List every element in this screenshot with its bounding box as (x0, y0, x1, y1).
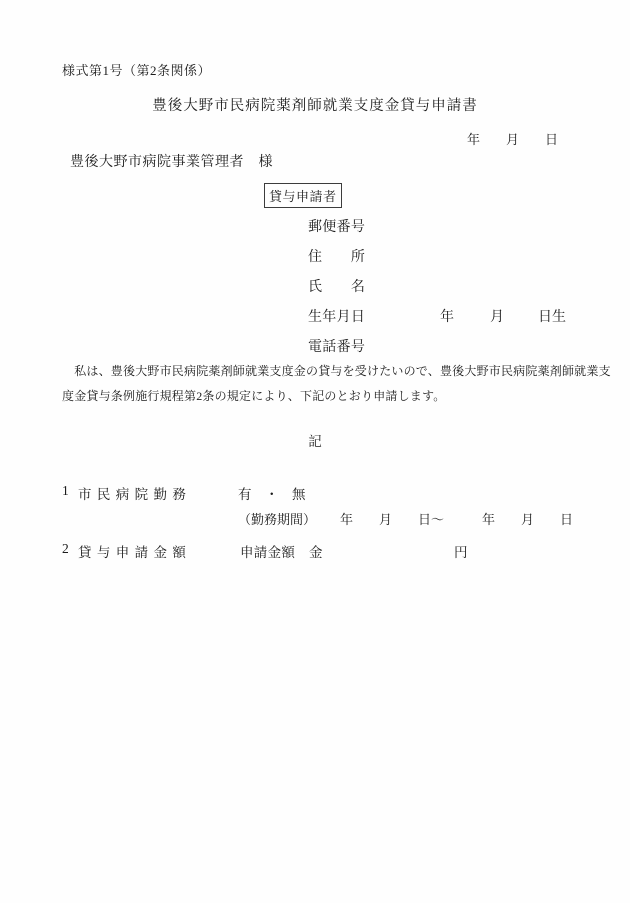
item2-label-loan-amount: 貸 与 申 請 金 額 (78, 541, 187, 561)
address-label: 住 所 (308, 246, 365, 266)
item1-label-hospital-service: 市 民 病 院 勤 務 (78, 483, 187, 503)
item2-amount-label: 申請金額 金 (240, 541, 323, 561)
submission-date-line: 年 月 日 (467, 129, 558, 148)
item1-number: 1 (62, 483, 69, 499)
birthdate-month-unit: 月 (490, 306, 504, 326)
addressee-line: 豊後大野市病院事業管理者 様 (70, 151, 273, 171)
item1-work-period-label: （勤務期間） (238, 509, 316, 528)
page-title: 豊後大野市民病院薬剤師就業支度金貸与申請書 (0, 94, 630, 115)
form-number: 様式第1号（第2条関係） (62, 60, 211, 79)
item2-yen-unit: 円 (454, 541, 468, 561)
item1-period-from-date-units: 年 月 日～ (340, 509, 444, 528)
item1-period-to-date-units: 年 月 日 (482, 509, 573, 528)
applicant-label-box: 貸与申請者 (264, 183, 342, 208)
list-marker-ki: 記 (0, 430, 630, 450)
item2-number: 2 (62, 541, 69, 557)
birthdate-label: 生年月日 (308, 306, 365, 326)
application-form-page: 様式第1号（第2条関係） 豊後大野市民病院薬剤師就業支度金貸与申請書 年 月 日… (0, 0, 630, 903)
item1-yes-no-options: 有 ・ 無 (238, 483, 306, 503)
phone-number-label: 電話番号 (308, 336, 365, 356)
body-paragraph-line2: 度金貸与条例施行規程第2条の規定により、下記のとおり申請します。 (62, 387, 445, 404)
postal-code-label: 郵便番号 (308, 216, 365, 236)
birthdate-day-unit: 日生 (538, 306, 566, 326)
name-label: 氏 名 (308, 276, 365, 296)
birthdate-year-unit: 年 (440, 306, 454, 326)
body-paragraph-line1: 私は、豊後大野市民病院薬剤師就業支度金の貸与を受けたいので、豊後大野市民病院薬剤… (62, 362, 611, 379)
